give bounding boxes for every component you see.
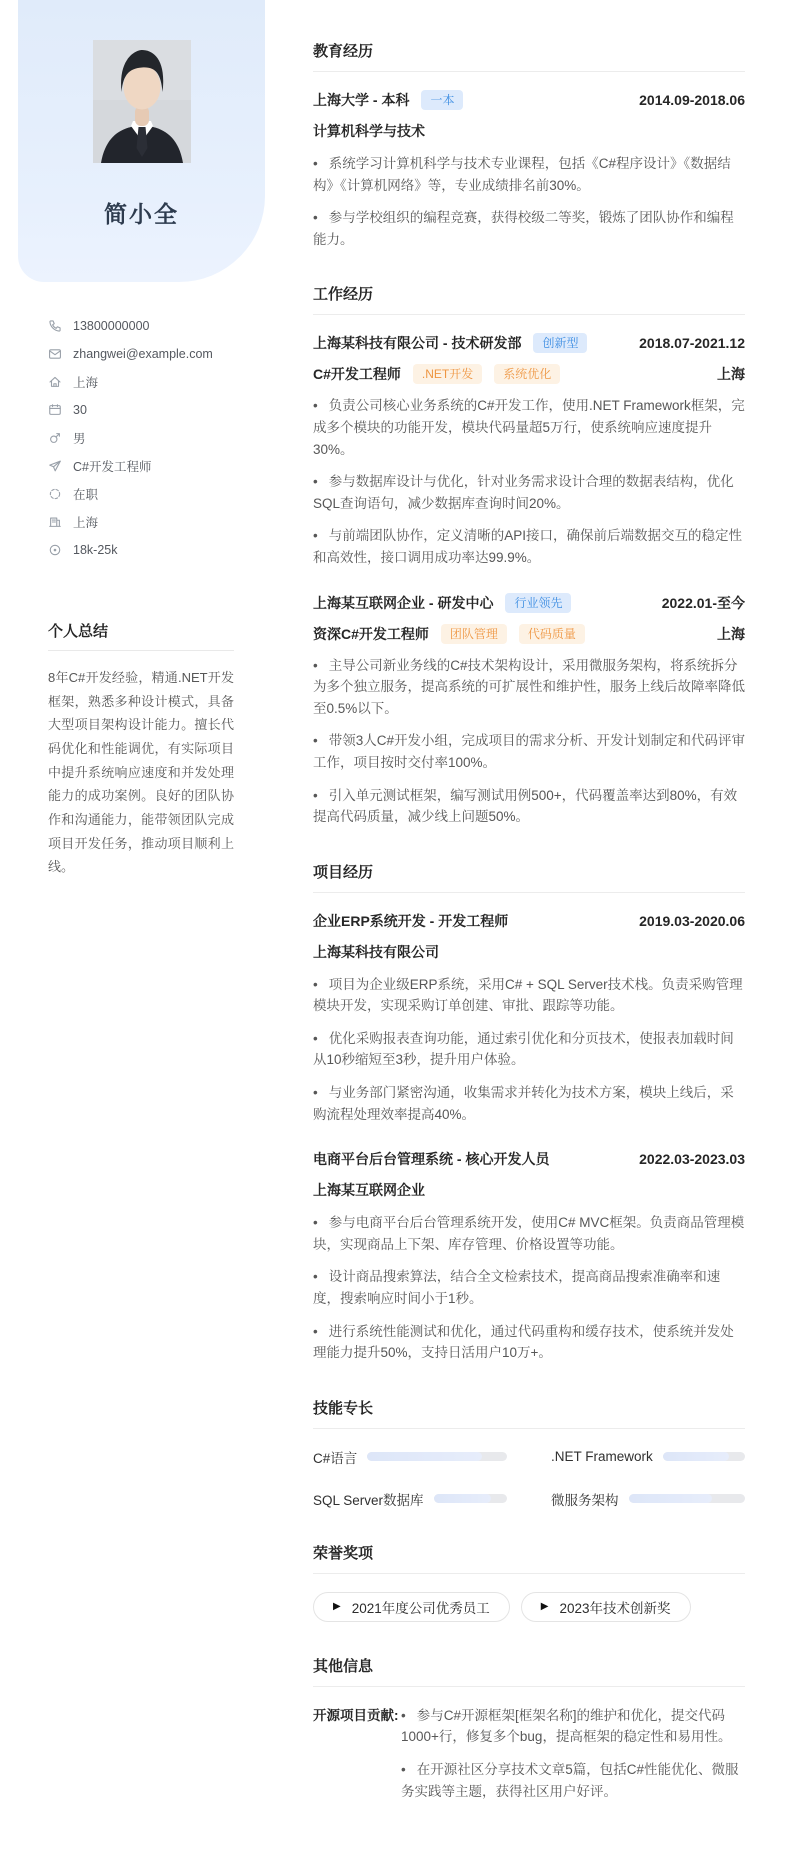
bullet-item: •参与数据库设计与优化，针对业务需求设计合理的数据表结构，优化SQL查询语句，减… — [313, 471, 745, 514]
bullet-dot: • — [313, 785, 318, 807]
education-heading: 教育经历 — [313, 40, 745, 72]
honor-pill[interactable]: ▶ 2021年度公司优秀员工 — [313, 1592, 510, 1622]
bullet-dot: • — [313, 1266, 318, 1288]
company-badge: 创新型 — [533, 333, 587, 353]
gender-icon — [48, 431, 62, 445]
contact-list: 13800000000 zhangwei@example.com 上海 30 男… — [48, 312, 265, 564]
contact-value: 男 — [73, 429, 86, 447]
home-icon — [48, 375, 62, 389]
other-info-label: 开源项目贡献: — [313, 1705, 401, 1727]
bullet-item: •优化采购报表查询功能，通过索引优化和分页技术，使报表加载时间从10秒缩短至3秒… — [313, 1028, 745, 1071]
work-location: 上海 — [717, 624, 745, 644]
bullet-item: •在开源社区分享技术文章5篇，包括C#性能优化、微服务实践等主题，获得社区用户好… — [401, 1759, 745, 1802]
bullet-item: •系统学习计算机科学与技术专业课程，包括《C#程序设计》《数据结构》《计算机网络… — [313, 153, 745, 196]
salary-icon — [48, 543, 62, 557]
honor-list: ▶ 2021年度公司优秀员工 ▶ 2023年技术创新奖 — [313, 1592, 745, 1622]
contact-job-intention: C#开发工程师 — [48, 452, 265, 480]
bullet-dot: • — [313, 730, 318, 752]
bullet-item: •参与学校组织的编程竞赛，获得校级二等奖，锻炼了团队协作和编程能力。 — [313, 207, 745, 250]
contact-value: 13800000000 — [73, 319, 149, 333]
skills-heading: 技能专长 — [313, 1397, 745, 1429]
honor-pill[interactable]: ▶ 2023年技术创新奖 — [521, 1592, 691, 1622]
bullet-dot: • — [313, 525, 318, 547]
phone-icon — [48, 319, 62, 333]
age-icon — [48, 403, 62, 417]
other-info-heading: 其他信息 — [313, 1655, 745, 1687]
honors-section: 荣誉奖项 ▶ 2021年度公司优秀员工 ▶ 2023年技术创新奖 — [313, 1542, 745, 1622]
contact-value: C#开发工程师 — [73, 457, 151, 475]
company-name: 上海某科技有限公司 - 技术研发部 — [313, 333, 521, 353]
honor-label: 2021年度公司优秀员工 — [352, 1597, 490, 1617]
contact-value: 30 — [73, 403, 87, 417]
role-badge: 代码质量 — [519, 624, 585, 644]
contact-work-city: 上海 — [48, 508, 265, 536]
contact-value: 上海 — [73, 373, 98, 391]
project-bullets: •参与电商平台后台管理系统开发，使用C# MVC框架。负责商品管理模块，实现商品… — [313, 1212, 745, 1364]
project-bullets: •项目为企业级ERP系统，采用C# + SQL Server技术栈。负责采购管理… — [313, 974, 745, 1126]
work-location: 上海 — [717, 364, 745, 384]
role-title: C#开发工程师 — [313, 364, 401, 384]
personal-summary-section: 个人总结 8年C#开发经验，精通.NET开发框架，熟悉多种设计模式，具备大型项目… — [48, 620, 234, 879]
bullet-item: •引入单元测试框架，编写测试用例500+，代码覆盖率达到80%，有效提高代码质量… — [313, 785, 745, 828]
project-org: 上海某科技有限公司 — [313, 942, 745, 962]
bullet-dot: • — [313, 1321, 318, 1343]
skill-name: C#语言 — [313, 1447, 357, 1467]
work-entry: 上海某互联网企业 - 研发中心 行业领先 2022.01-至今 资深C#开发工程… — [313, 593, 745, 828]
bullet-item: •与业务部门紧密沟通，收集需求并转化为技术方案，模块上线后，采购流程处理效率提高… — [313, 1082, 745, 1125]
work-bullets: •主导公司新业务线的C#技术架构设计，采用微服务架构，将系统拆分为多个独立服务，… — [313, 655, 745, 828]
bullet-dot: • — [313, 1212, 318, 1234]
email-icon — [48, 347, 62, 361]
education-section: 教育经历 上海大学 - 本科 一本 2014.09-2018.06 计算机科学与… — [313, 40, 745, 250]
skill-bar-fill — [434, 1494, 491, 1503]
projects-section: 项目经历 企业ERP系统开发 - 开发工程师 2019.03-2020.06 上… — [313, 861, 745, 1364]
project-date: 2022.03-2023.03 — [639, 1151, 745, 1167]
bullet-dot: • — [313, 471, 318, 493]
play-icon: ▶ — [541, 1602, 549, 1612]
contact-email: zhangwei@example.com — [48, 340, 265, 368]
bullet-item: •带领3人C#开发小组，完成项目的需求分析、开发计划制定和代码评审工作，项目按时… — [313, 730, 745, 773]
skill-item: C#语言 — [313, 1447, 507, 1467]
honor-label: 2023年技术创新奖 — [559, 1597, 670, 1617]
project-org: 上海某互联网企业 — [313, 1180, 745, 1200]
skill-bar-track — [434, 1494, 507, 1503]
resume-page: 简小全 13800000000 zhangwei@example.com 上海 … — [0, 0, 794, 1865]
role-badge: 团队管理 — [441, 624, 507, 644]
projects-heading: 项目经历 — [313, 861, 745, 893]
avatar-photo-placeholder — [93, 40, 191, 163]
contact-value: 18k-25k — [73, 543, 117, 557]
education-bullets: •系统学习计算机科学与技术专业课程，包括《C#程序设计》《数据结构》《计算机网络… — [313, 153, 745, 250]
other-info-section: 其他信息 开源项目贡献: •参与C#开源框架[框架名称]的维护和优化，提交代码1… — [313, 1655, 745, 1802]
main-content: 教育经历 上海大学 - 本科 一本 2014.09-2018.06 计算机科学与… — [313, 0, 745, 1865]
bullet-item: •项目为企业级ERP系统，采用C# + SQL Server技术栈。负责采购管理… — [313, 974, 745, 1017]
skill-name: SQL Server数据库 — [313, 1489, 424, 1509]
job-intention-icon — [48, 459, 62, 473]
work-section: 工作经历 上海某科技有限公司 - 技术研发部 创新型 2018.07-2021.… — [313, 283, 745, 827]
bullet-item: •负责公司核心业务系统的C#开发工作，使用.NET Framework框架，完成… — [313, 395, 745, 460]
bullet-item: •主导公司新业务线的C#技术架构设计，采用微服务架构，将系统拆分为多个独立服务，… — [313, 655, 745, 720]
bullet-dot: • — [313, 207, 318, 229]
honors-heading: 荣誉奖项 — [313, 1542, 745, 1574]
contact-city: 上海 — [48, 368, 265, 396]
candidate-name: 简小全 — [18, 196, 265, 229]
project-title: 电商平台后台管理系统 - 核心开发人员 — [313, 1149, 549, 1169]
bullet-item: •进行系统性能测试和优化，通过代码重构和缓存技术，使系统并发处理能力提升50%，… — [313, 1321, 745, 1364]
contact-value: 在职 — [73, 485, 98, 503]
school-name: 上海大学 - 本科 — [313, 90, 409, 110]
project-entry: 企业ERP系统开发 - 开发工程师 2019.03-2020.06 上海某科技有… — [313, 911, 745, 1126]
contact-gender: 男 — [48, 424, 265, 452]
bullet-dot: • — [313, 1082, 318, 1104]
project-date: 2019.03-2020.06 — [639, 913, 745, 929]
contact-age: 30 — [48, 396, 265, 424]
bullet-dot: • — [313, 974, 318, 996]
contact-phone: 13800000000 — [48, 312, 265, 340]
work-entry: 上海某科技有限公司 - 技术研发部 创新型 2018.07-2021.12 C#… — [313, 333, 745, 568]
skill-item: SQL Server数据库 — [313, 1489, 507, 1509]
work-city-icon — [48, 515, 62, 529]
contact-salary: 18k-25k — [48, 536, 265, 564]
bullet-dot: • — [313, 395, 318, 417]
education-date: 2014.09-2018.06 — [639, 92, 745, 108]
contact-value: zhangwei@example.com — [73, 347, 213, 361]
other-info-bullets: •参与C#开源框架[框架名称]的维护和优化，提交代码1000+行，修复多个bug… — [401, 1705, 745, 1802]
skill-bar-fill — [663, 1452, 729, 1461]
avatar — [93, 40, 191, 163]
bullet-item: •参与C#开源框架[框架名称]的维护和优化，提交代码1000+行，修复多个bug… — [401, 1705, 745, 1748]
bullet-item: •与前端团队协作，定义清晰的API接口，确保前后端数据交互的稳定性和高效性，接口… — [313, 525, 745, 568]
bullet-dot: • — [313, 153, 318, 175]
company-name: 上海某互联网企业 - 研发中心 — [313, 593, 493, 613]
work-heading: 工作经历 — [313, 283, 745, 315]
profile-panel: 简小全 — [18, 0, 265, 282]
play-icon: ▶ — [333, 1602, 341, 1612]
bullet-dot: • — [401, 1759, 406, 1781]
education-tier-badge: 一本 — [421, 90, 463, 110]
work-date: 2018.07-2021.12 — [639, 335, 745, 351]
project-entry: 电商平台后台管理系统 - 核心开发人员 2022.03-2023.03 上海某互… — [313, 1149, 745, 1364]
skills-section: 技能专长 C#语言 .NET Framework SQL Server数据库 微… — [313, 1397, 745, 1509]
open-source-contribution: 开源项目贡献: •参与C#开源框架[框架名称]的维护和优化，提交代码1000+行… — [313, 1705, 745, 1802]
bullet-item: •参与电商平台后台管理系统开发，使用C# MVC框架。负责商品管理模块，实现商品… — [313, 1212, 745, 1255]
company-badge: 行业领先 — [505, 593, 571, 613]
skill-item: 微服务架构 — [551, 1489, 745, 1509]
skill-name: .NET Framework — [551, 1449, 653, 1464]
skills-grid: C#语言 .NET Framework SQL Server数据库 微服务架构 — [313, 1447, 745, 1509]
project-title: 企业ERP系统开发 - 开发工程师 — [313, 911, 508, 931]
sidebar: 简小全 13800000000 zhangwei@example.com 上海 … — [0, 0, 265, 1865]
work-date: 2022.01-至今 — [662, 593, 745, 613]
role-badge: .NET开发 — [413, 364, 482, 384]
major-name: 计算机科学与技术 — [313, 121, 745, 141]
contact-value: 上海 — [73, 513, 98, 531]
skill-name: 微服务架构 — [551, 1489, 619, 1509]
skill-bar-fill — [367, 1452, 482, 1461]
education-entry: 上海大学 - 本科 一本 2014.09-2018.06 计算机科学与技术 •系… — [313, 90, 745, 250]
role-title: 资深C#开发工程师 — [313, 624, 429, 644]
bullet-item: •设计商品搜索算法，结合全文检索技术，提高商品搜索准确率和速度，搜索响应时间小于… — [313, 1266, 745, 1309]
bullet-dot: • — [313, 1028, 318, 1050]
bullet-dot: • — [401, 1705, 406, 1727]
work-bullets: •负责公司核心业务系统的C#开发工作，使用.NET Framework框架，完成… — [313, 395, 745, 568]
skill-item: .NET Framework — [551, 1447, 745, 1467]
work-status-icon — [48, 487, 62, 501]
skill-bar-track — [629, 1494, 746, 1503]
summary-heading: 个人总结 — [48, 620, 234, 651]
bullet-dot: • — [313, 655, 318, 677]
skill-bar-fill — [629, 1494, 713, 1503]
skill-bar-track — [663, 1452, 745, 1461]
summary-text: 8年C#开发经验，精通.NET开发框架，熟悉多种设计模式，具备大型项目架构设计能… — [48, 666, 234, 879]
role-badge: 系统优化 — [494, 364, 560, 384]
skill-bar-track — [367, 1452, 507, 1461]
contact-work-status: 在职 — [48, 480, 265, 508]
